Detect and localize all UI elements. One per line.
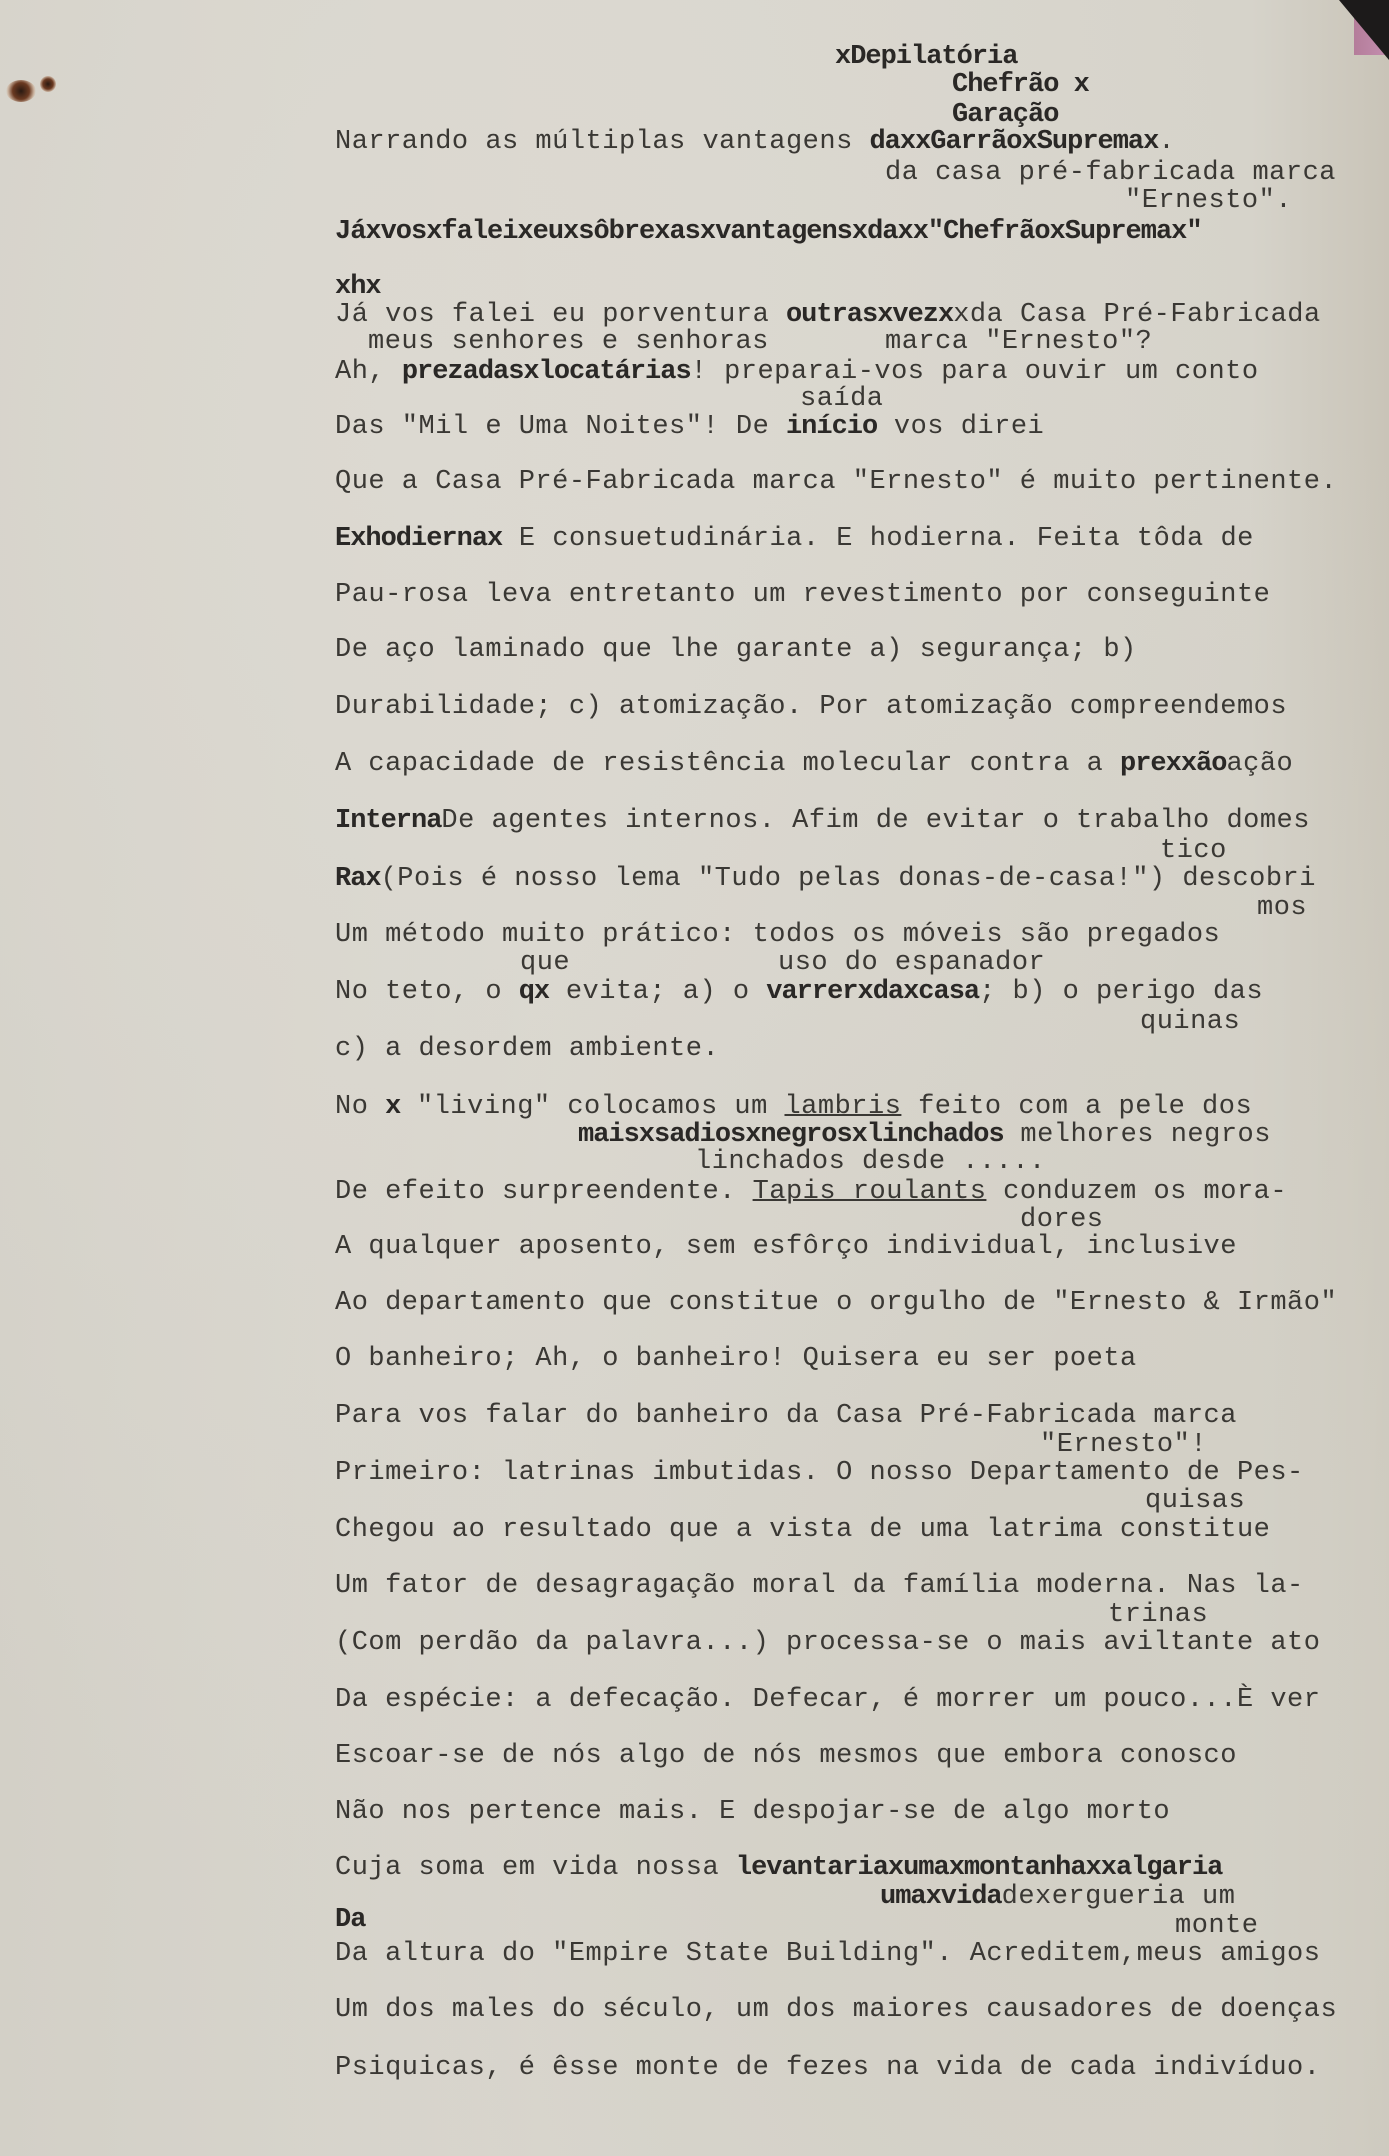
text-line: maisxsadiosxnegrosxlinchados melhores ne… (578, 1120, 1271, 1150)
text-line: "Ernesto". (1125, 186, 1292, 216)
text-line: dores (1020, 1205, 1104, 1235)
rust-stain (6, 80, 36, 102)
text-line: Psiquicas, é êsse monte de fezes na vida… (335, 2053, 1320, 2083)
text-line: Da espécie: a defecação. Defecar, é morr… (335, 1685, 1320, 1715)
text-line: Cuja soma em vida nossa levantariaxumaxm… (335, 1853, 1222, 1883)
rust-stain (40, 76, 56, 92)
text-line: uso do espanador (778, 948, 1045, 978)
text-line: c) a desordem ambiente. (335, 1034, 719, 1064)
text-line: Rax(Pois é nosso lema "Tudo pelas donas-… (335, 864, 1316, 894)
text-line: marca "Ernesto"? (885, 327, 1152, 357)
struck-text: xhx (335, 272, 381, 302)
text-line: da casa pré-fabricada marca (885, 158, 1336, 188)
text-line: Chegou ao resultado que a vista de uma l… (335, 1515, 1270, 1545)
text-line: mos (1257, 893, 1307, 923)
text-line: saída (800, 384, 884, 414)
text-line: A qualquer aposento, sem esfôrço individ… (335, 1232, 1237, 1262)
text-line: quinas (1140, 1007, 1240, 1037)
text-line: Já vos falei eu porventura outrasxvezxxd… (335, 300, 1321, 330)
text-line: InternaDe agentes internos. Afim de evit… (335, 806, 1310, 836)
text-line: Que a Casa Pré-Fabricada marca "Ernesto"… (335, 467, 1337, 497)
text-line: Da altura do "Empire State Building". Ac… (335, 1939, 1320, 1969)
text-line: Das "Mil e Uma Noites"! De início vos di… (335, 412, 1044, 442)
struck-text: Chefrão x (952, 70, 1089, 100)
text-line: trinas (1108, 1600, 1208, 1630)
text-line: Durabilidade; c) atomização. Por atomiza… (335, 692, 1287, 722)
struck-text: Da (335, 1905, 365, 1935)
text-line: Para vos falar do banheiro da Casa Pré-F… (335, 1401, 1237, 1431)
text-line: Um dos males do século, um dos maiores c… (335, 1995, 1337, 2025)
text-line: Primeiro: latrinas imbutidas. O nosso De… (335, 1458, 1304, 1488)
text-line: Exhodiernax E consuetudinária. E hodiern… (335, 524, 1254, 554)
text-line: Ah, prezadasxlocatárias! preparai-vos pa… (335, 357, 1259, 387)
text-line: Escoar-se de nós algo de nós mesmos que … (335, 1741, 1237, 1771)
text-line: Não nos pertence mais. E despojar-se de … (335, 1797, 1170, 1827)
struck-text: Jáxvosxfaleixeuxsôbrexasxvantagensxdaxx"… (335, 217, 1202, 247)
text-line: Narrando as múltiplas vantagens daxxGarr… (335, 127, 1175, 157)
text-line: O banheiro; Ah, o banheiro! Quisera eu s… (335, 1344, 1137, 1374)
text-line: monte (1175, 1911, 1259, 1941)
text-line: No teto, o qx evita; a) o varrerxdaxcasa… (335, 977, 1263, 1007)
text-line: quisas (1145, 1486, 1245, 1516)
text-line: Pau-rosa leva entretanto um revestimento… (335, 580, 1270, 610)
text-line: Ao departamento que constitue o orgulho … (335, 1288, 1337, 1318)
text-line: meus senhores e senhoras (368, 327, 769, 357)
text-line: De efeito surpreendente. Tapis roulants … (335, 1177, 1287, 1207)
struck-text: Garação (952, 100, 1058, 130)
text-line: linchados desde ..... (695, 1147, 1046, 1177)
text-line: umaxvidadexergueria um (880, 1882, 1235, 1912)
folded-corner (1339, 0, 1389, 60)
text-line: De aço laminado que lhe garante a) segur… (335, 635, 1137, 665)
text-line: Um fator de desagragação moral da famíli… (335, 1571, 1304, 1601)
struck-text: xDepilatória (835, 42, 1017, 72)
text-line: Um método muito prático: todos os móveis… (335, 920, 1220, 950)
text-line: tico (1160, 836, 1227, 866)
text-line: No x "living" colocamos um lambris feito… (335, 1092, 1252, 1122)
text-line: que (520, 948, 570, 978)
text-line: "Ernesto"! (1040, 1430, 1207, 1460)
text-line: A capacidade de resistência molecular co… (335, 749, 1293, 779)
text-line: (Com perdão da palavra...) processa-se o… (335, 1628, 1320, 1658)
